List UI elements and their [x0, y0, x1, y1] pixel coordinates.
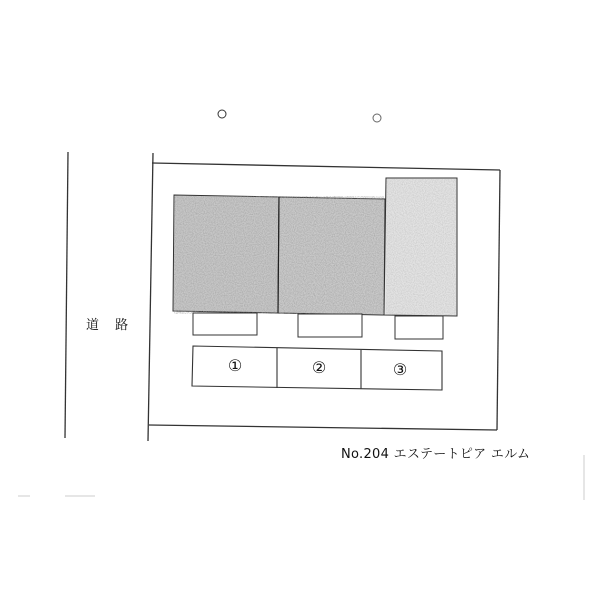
parking-space-2-label: ② [304, 358, 334, 377]
parking-space-1-label: ① [220, 356, 250, 375]
binder-hole-right [373, 114, 381, 122]
porch-3 [395, 316, 443, 339]
road-edge-left [65, 152, 68, 438]
porch-2 [298, 314, 362, 337]
parking-space-3-label: ③ [385, 360, 415, 379]
entrance-porches [193, 313, 443, 339]
road-edge-right [148, 153, 153, 441]
road-label: 道 路 [86, 314, 134, 333]
property-caption: No.204 エステートピア エルム [341, 443, 530, 462]
site-plan-drawing [0, 0, 600, 600]
buildings [173, 178, 457, 316]
binder-hole-left [218, 110, 226, 118]
binder-holes [218, 110, 381, 122]
porch-1 [193, 313, 257, 335]
